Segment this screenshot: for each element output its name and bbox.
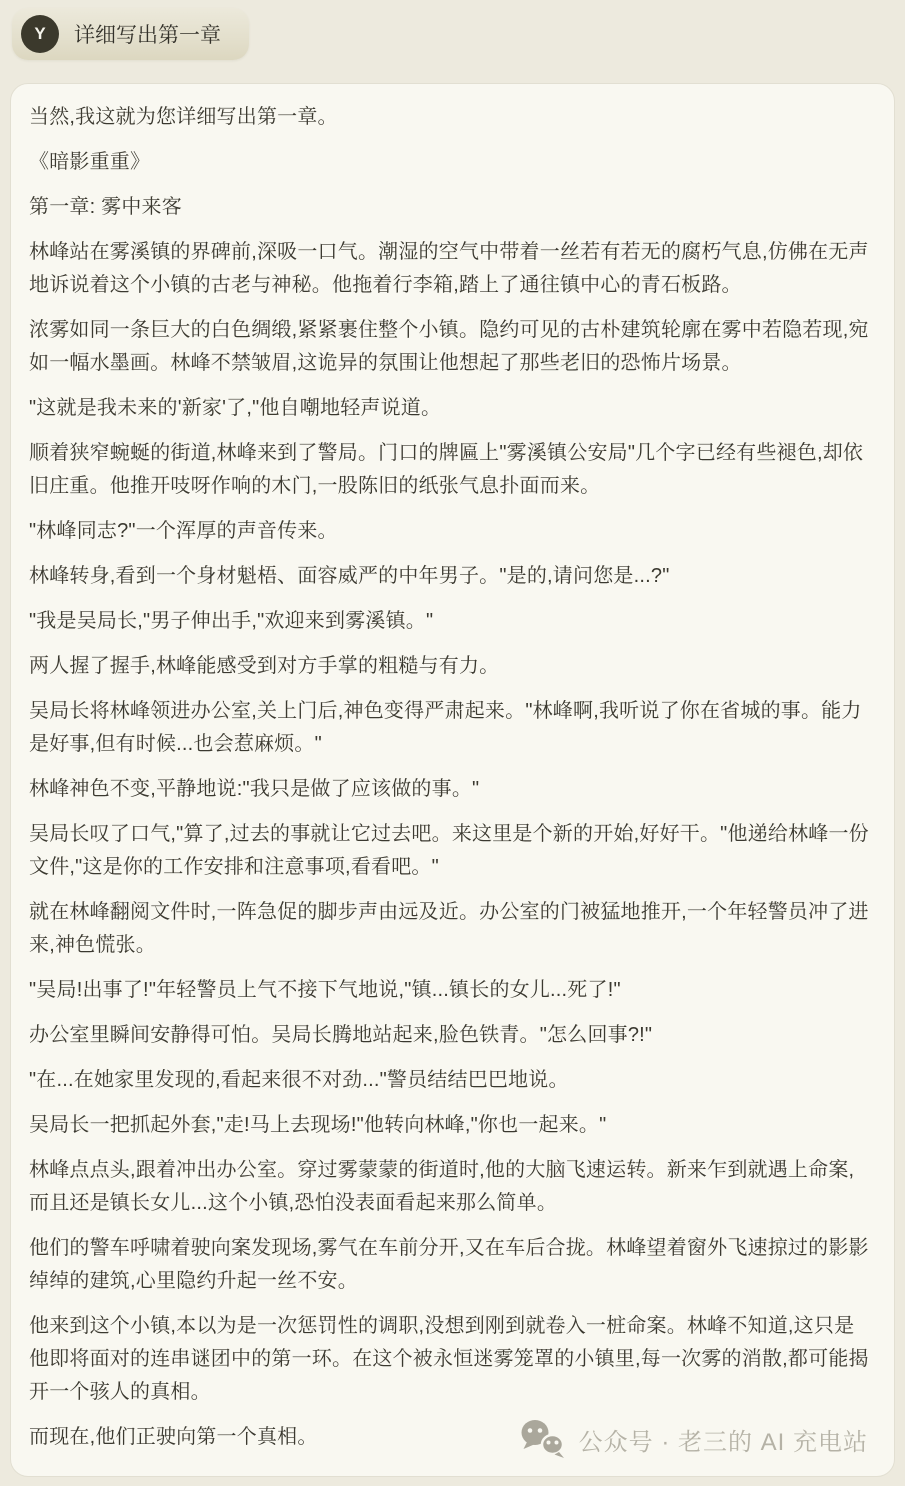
story-paragraph: "林峰同志?"一个浑厚的声音传来。 xyxy=(29,515,872,548)
user-message-text: 详细写出第一章 xyxy=(74,19,221,49)
story-paragraph: 吴局长一把抓起外套,"走!马上去现场!"他转向林峰,"你也一起来。" xyxy=(29,1109,872,1142)
story-paragraph: 他们的警车呼啸着驶向案发现场,雾气在车前分开,又在车后合拢。林峰望着窗外飞速掠过… xyxy=(29,1232,872,1298)
assistant-intro-line: 当然,我这就为您详细写出第一章。 xyxy=(29,101,872,134)
story-paragraph: "吴局!出事了!"年轻警员上气不接下气地说,"镇...镇长的女儿...死了!" xyxy=(29,974,872,1007)
novel-title: 《暗影重重》 xyxy=(29,146,872,179)
story-paragraph: "我是吴局长,"男子伸出手,"欢迎来到雾溪镇。" xyxy=(29,605,872,638)
user-message-bubble: Y 详细写出第一章 xyxy=(12,8,249,60)
story-paragraph: 林峰神色不变,平静地说:"我只是做了应该做的事。" xyxy=(29,773,872,806)
user-avatar: Y xyxy=(21,15,59,53)
story-paragraph: 林峰转身,看到一个身材魁梧、面容威严的中年男子。"是的,请问您是...?" xyxy=(29,560,872,593)
story-paragraph: 就在林峰翻阅文件时,一阵急促的脚步声由远及近。办公室的门被猛地推开,一个年轻警员… xyxy=(29,896,872,962)
story-paragraph: 吴局长叹了口气,"算了,过去的事就让它过去吧。来这里是个新的开始,好好干。"他递… xyxy=(29,818,872,884)
story-paragraph: 他来到这个小镇,本以为是一次惩罚性的调职,没想到刚到就卷入一桩命案。林峰不知道,… xyxy=(29,1310,872,1409)
story-paragraph: 浓雾如同一条巨大的白色绸缎,紧紧裹住整个小镇。隐约可见的古朴建筑轮廓在雾中若隐若… xyxy=(29,314,872,380)
story-paragraph: 顺着狭窄蜿蜒的街道,林峰来到了警局。门口的牌匾上"雾溪镇公安局"几个字已经有些褪… xyxy=(29,437,872,503)
story-paragraph: 林峰站在雾溪镇的界碑前,深吸一口气。潮湿的空气中带着一丝若有若无的腐朽气息,仿佛… xyxy=(29,236,872,302)
story-paragraph: 林峰点点头,跟着冲出办公室。穿过雾蒙蒙的街道时,他的大脑飞速运转。新来乍到就遇上… xyxy=(29,1154,872,1220)
story-paragraph: "在...在她家里发现的,看起来很不对劲..."警员结结巴巴地说。 xyxy=(29,1064,872,1097)
user-message-row: Y 详细写出第一章 xyxy=(0,0,905,60)
story-paragraph: "这就是我未来的'新家'了,"他自嘲地轻声说道。 xyxy=(29,392,872,425)
assistant-message-card: 当然,我这就为您详细写出第一章。 《暗影重重》 第一章: 雾中来客 林峰站在雾溪… xyxy=(10,83,895,1477)
story-paragraph: 而现在,他们正驶向第一个真相。 xyxy=(29,1421,872,1454)
story-paragraph: 办公室里瞬间安静得可怕。吴局长腾地站起来,脸色铁青。"怎么回事?!" xyxy=(29,1019,872,1052)
story-paragraph: 两人握了握手,林峰能感受到对方手掌的粗糙与有力。 xyxy=(29,650,872,683)
story-paragraph: 吴局长将林峰领进办公室,关上门后,神色变得严肃起来。"林峰啊,我听说了你在省城的… xyxy=(29,695,872,761)
chapter-heading: 第一章: 雾中来客 xyxy=(29,191,872,224)
